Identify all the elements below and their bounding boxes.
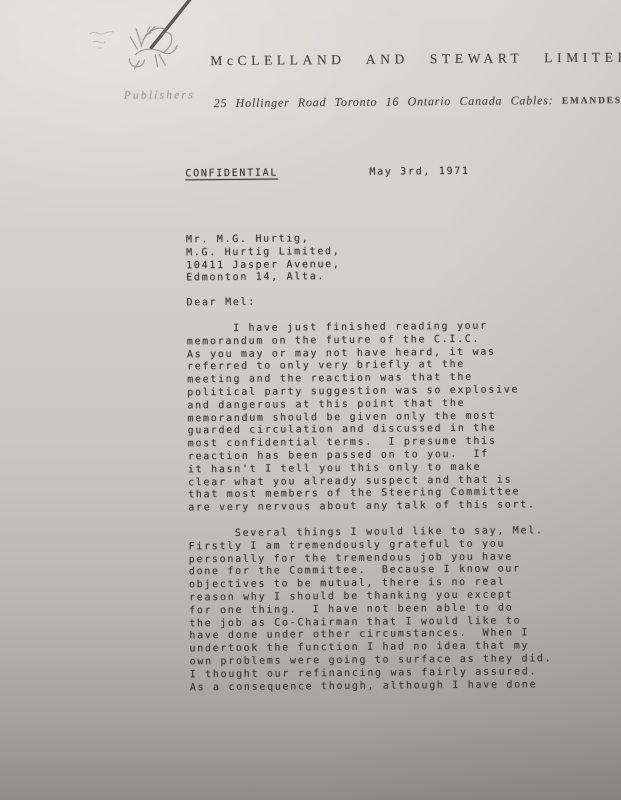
letter-paragraph-1: I have just finished reading your memora… bbox=[187, 320, 536, 515]
cable-code: EMANDESS bbox=[562, 96, 621, 107]
confidential-label: CONFIDENTIAL bbox=[185, 168, 278, 180]
letterhead-address: 25 Hollinger Road Toronto 16 Ontario Can… bbox=[214, 92, 621, 111]
letter-date: May 3rd, 1971 bbox=[369, 166, 469, 180]
company-name: McCLELLAND AND STEWART LIMITED bbox=[210, 49, 621, 69]
confidential-row: CONFIDENTIAL May 3rd, 1971 bbox=[185, 165, 545, 181]
publisher-logo-horse-rider-icon bbox=[114, 22, 186, 71]
salutation: Dear Mel: bbox=[186, 297, 256, 310]
letterhead-address-text: 25 Hollinger Road Toronto 16 Ontario Can… bbox=[214, 93, 554, 110]
letter-sheet: Publishers McCLELLAND AND STEWART LIMITE… bbox=[0, 0, 621, 800]
letter-photo: Publishers McCLELLAND AND STEWART LIMITE… bbox=[0, 0, 621, 800]
recipient-address-block: Mr. M.G. Hurtig, M.G. Hurtig Limited, 10… bbox=[186, 233, 341, 286]
publishers-label: Publishers bbox=[124, 89, 195, 102]
letter-paragraph-2: Several things I would like to say, Mel.… bbox=[188, 525, 552, 695]
